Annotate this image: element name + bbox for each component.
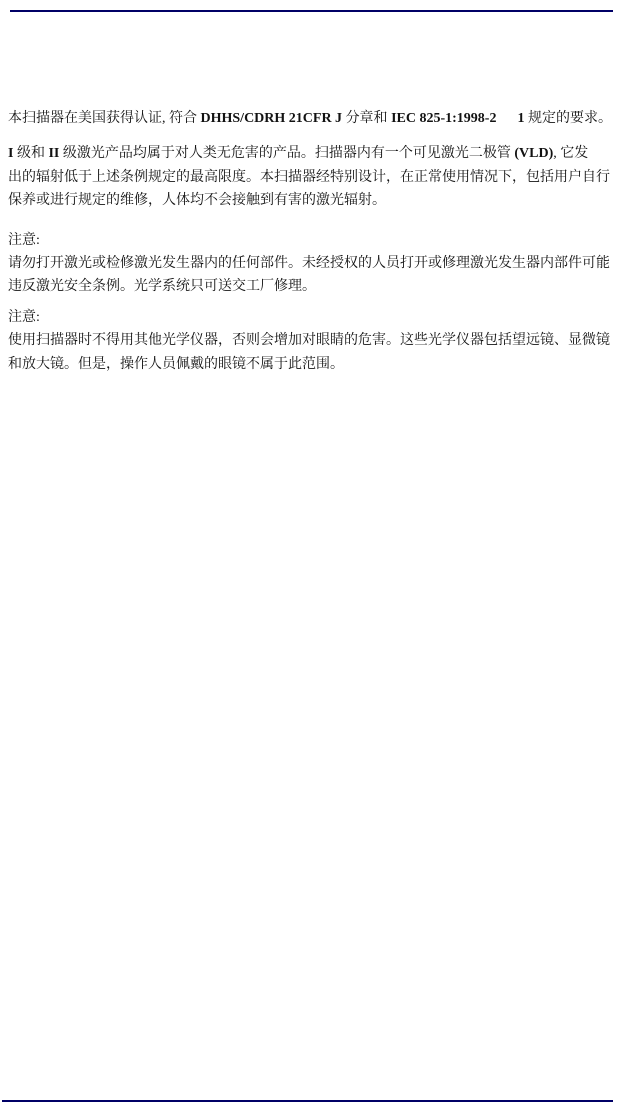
text-line: 违反激光安全条例。光学系统只可送交工厂修理。 [8, 275, 614, 298]
text-line: 注意: [8, 229, 614, 252]
text-segment: 注意: [8, 233, 40, 248]
text-segment: 注意: [8, 310, 40, 325]
text-segment: , 它发 [553, 146, 588, 161]
text-segment: 请勿打开激光或检修激光发生器内的任何部件。未经授权的人员打开或修理激光发生器内部… [8, 256, 610, 271]
text-segment: 使用扫描器时不得用其他光学仪器，否则会增加对眼睛的危害。这些光学仪器包括望远镜、… [8, 333, 610, 348]
text-segment: 级和 [13, 146, 48, 161]
text-segment: 出的辐射低于上述条例规定的最高限度。本扫描器经特别设计，在正常使用情况下，包括用… [8, 170, 610, 185]
text-segment: (VLD) [514, 146, 553, 161]
document-page: 本扫描器在美国获得认证, 符合 DHHS/CDRH 21CFR J 分章和 IE… [0, 0, 617, 1112]
text-line: 使用扫描器时不得用其他光学仪器，否则会增加对眼睛的危害。这些光学仪器包括望远镜、… [8, 329, 614, 352]
paragraph-certification-statement: 本扫描器在美国获得认证, 符合 DHHS/CDRH 21CFR J 分章和 IE… [8, 107, 614, 130]
text-segment: 和放大镜。但是，操作人员佩戴的眼镜不属于此范围。 [8, 357, 344, 372]
bottom-horizontal-rule [2, 1100, 613, 1102]
text-segment: 违反激光安全条例。光学系统只可送交工厂修理。 [8, 279, 316, 294]
text-line: 注意: [8, 306, 614, 329]
text-segment [496, 111, 517, 126]
text-segment: 分章和 [342, 111, 391, 126]
text-segment: 保养或进行规定的维修，人体均不会接触到有害的激光辐射。 [8, 193, 386, 208]
paragraph-laser-class-statement: I 级和 II 级激光产品均属于对人类无危害的产品。扫描器内有一个可见激光二极管… [8, 142, 614, 212]
paragraph-note-laser-service: 注意:请勿打开激光或检修激光发生器内的任何部件。未经授权的人员打开或修理激光发生… [8, 229, 614, 299]
paragraph-note-optical-instruments: 注意:使用扫描器时不得用其他光学仪器，否则会增加对眼睛的危害。这些光学仪器包括望… [8, 306, 614, 376]
text-segment: IEC 825-1:1998-2 [391, 111, 496, 126]
text-line: 和放大镜。但是，操作人员佩戴的眼镜不属于此范围。 [8, 353, 614, 376]
text-segment: DHHS/CDRH 21CFR J [201, 111, 343, 126]
text-line: 保养或进行规定的维修，人体均不会接触到有害的激光辐射。 [8, 189, 614, 212]
text-segment: 级激光产品均属于对人类无危害的产品。扫描器内有一个可见激光二极管 [59, 146, 514, 161]
text-line: 出的辐射低于上述条例规定的最高限度。本扫描器经特别设计，在正常使用情况下，包括用… [8, 166, 614, 189]
document-text-block: 本扫描器在美国获得认证, 符合 DHHS/CDRH 21CFR J 分章和 IE… [8, 0, 614, 376]
text-line: I 级和 II 级激光产品均属于对人类无危害的产品。扫描器内有一个可见激光二极管… [8, 142, 614, 165]
text-line: 请勿打开激光或检修激光发生器内的任何部件。未经授权的人员打开或修理激光发生器内部… [8, 252, 614, 275]
text-line: 本扫描器在美国获得认证, 符合 DHHS/CDRH 21CFR J 分章和 IE… [8, 107, 614, 130]
text-segment: II [48, 146, 59, 161]
text-segment: 本扫描器在美国获得认证, 符合 [8, 111, 201, 126]
text-segment: 规定的要求。 [524, 111, 612, 126]
